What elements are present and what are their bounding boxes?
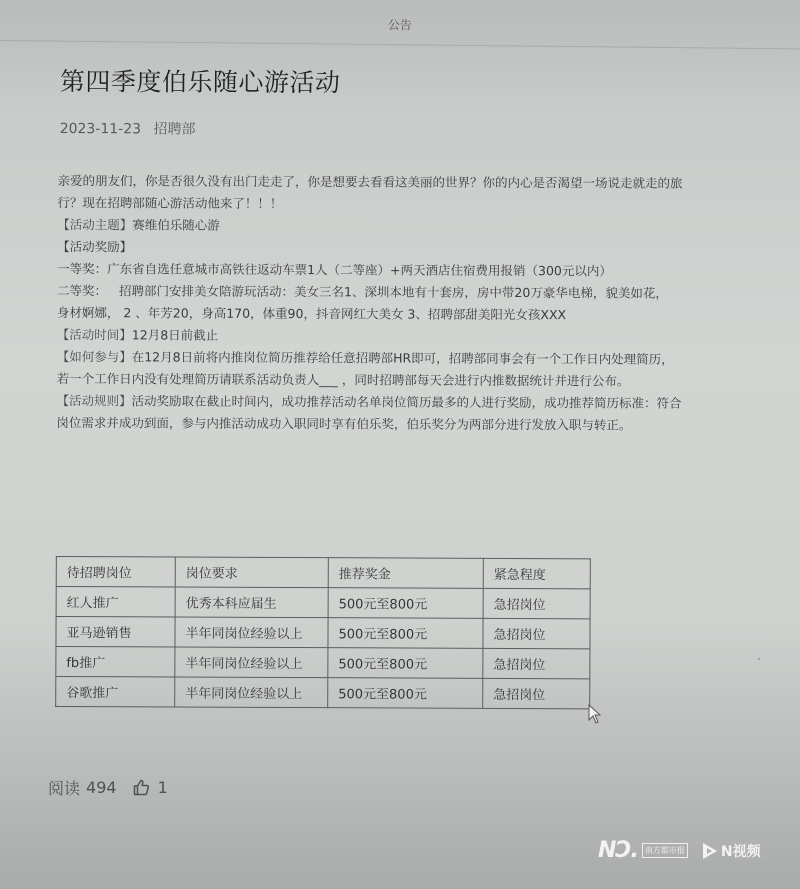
table-header-row: 待招聘岗位 岗位要求 推荐奖金 紧急程度 xyxy=(56,556,590,588)
article-stats: 阅读 494 1 xyxy=(48,776,168,799)
article-date: 2023-11-23 xyxy=(60,121,141,137)
table-row: 红人推广 优秀本科应届生 500元至800元 急招岗位 xyxy=(56,586,590,618)
mouse-cursor-icon xyxy=(588,704,602,728)
likes-count: 1 xyxy=(158,778,168,797)
join-paragraph: 【如何参与】在12月8日前将内推岗位简历推荐给任意招聘部HR即可，招聘部同事会有… xyxy=(57,346,737,371)
table-cell: 急招岗位 xyxy=(483,648,590,678)
prize-2: 二等奖：招聘部门安排美女陪游玩活动：美女三名1、深圳本地有十套房，房中带20万豪… xyxy=(57,280,737,305)
prize-2-label: 二等奖： xyxy=(57,280,119,302)
top-bar: 公告 xyxy=(0,0,800,49)
nvideo-text: N视频 xyxy=(721,841,761,861)
article-meta: 2023-11-23 招聘部 xyxy=(60,118,750,141)
article-title: 第四季度伯乐随心游活动 xyxy=(60,62,750,101)
rules-line-2: 岗位需求并成功到面，参与内推活动成功入职同时享有伯乐奖，伯乐奖分为两部分进行发放… xyxy=(56,412,736,437)
screen-speck: ˺ xyxy=(757,658,760,669)
table-row: 谷歌推广 半年同岗位经验以上 500元至800元 急招岗位 xyxy=(56,676,590,708)
table-header: 紧急程度 xyxy=(483,558,590,588)
theme-text: 赛维伯乐随心游 xyxy=(132,217,220,232)
watermark: NƆ. 南方都市报 N视频 xyxy=(598,838,761,863)
join-line-1: 在12月8日前将内推岗位简历推荐给任意招聘部HR即可，招聘部同事会有一个工作日内… xyxy=(132,349,674,366)
nandu-logo: NƆ. xyxy=(598,838,638,863)
reads-label: 阅读 xyxy=(48,776,80,799)
nvideo-logo: N视频 xyxy=(702,841,761,861)
header-title: 公告 xyxy=(0,12,800,37)
prize-1: 一等奖：广东省自选任意城市高铁往返动车票1人（二等座）+两天酒店住宿费用报销（3… xyxy=(57,258,737,283)
table-cell: fb推广 xyxy=(56,646,175,677)
table-cell: 500元至800元 xyxy=(328,678,483,709)
time-text: 12月8日前截止 xyxy=(132,327,218,342)
table-row: 亚马逊销售 半年同岗位经验以上 500元至800元 急招岗位 xyxy=(56,616,590,648)
table-row: fb推广 半年同岗位经验以上 500元至800元 急招岗位 xyxy=(56,646,590,678)
table-header: 推荐奖金 xyxy=(328,558,483,589)
table-cell: 500元至800元 xyxy=(328,588,483,619)
table-cell: 半年同岗位经验以上 xyxy=(175,617,328,648)
prize-2-line-2: 身材婀娜， 2 、年芳20，身高170，体重90，抖音网红大美女 3、招聘部甜美… xyxy=(57,302,737,327)
table-header: 岗位要求 xyxy=(175,557,328,588)
table-cell: 优秀本科应届生 xyxy=(175,587,328,618)
time-paragraph: 【活动时间】12月8日前截止 xyxy=(57,324,737,349)
article: 第四季度伯乐随心游活动 2023-11-23 招聘部 亲爱的朋友们，你是否很久没… xyxy=(60,62,750,141)
table-cell: 亚马逊销售 xyxy=(56,616,175,647)
table-cell: 急招岗位 xyxy=(483,678,590,708)
reward-tag: 【活动奖励】 xyxy=(57,236,737,261)
table-cell: 500元至800元 xyxy=(328,648,483,679)
theme-paragraph: 【活动主题】赛维伯乐随心游 xyxy=(57,214,737,239)
nvideo-icon xyxy=(702,842,718,860)
table-cell: 红人推广 xyxy=(56,586,175,617)
table-cell: 半年同岗位经验以上 xyxy=(175,677,328,708)
time-tag: 【活动时间】 xyxy=(57,327,132,342)
reads-count: 494 xyxy=(86,778,117,797)
rules-tag: 【活动规则】 xyxy=(56,393,131,408)
theme-tag: 【活动主题】 xyxy=(57,217,132,232)
like-button[interactable]: 1 xyxy=(133,778,168,797)
intro-line-2: 行？现在招聘部随心游活动他来了！！！ xyxy=(57,192,737,217)
table-cell: 急招岗位 xyxy=(483,618,590,648)
join-tag: 【如何参与】 xyxy=(57,349,132,364)
table-header: 待招聘岗位 xyxy=(56,556,175,587)
thumbs-up-icon xyxy=(133,779,150,796)
positions-table: 待招聘岗位 岗位要求 推荐奖金 紧急程度 红人推广 优秀本科应届生 500元至8… xyxy=(55,556,591,709)
table-cell: 半年同岗位经验以上 xyxy=(175,647,328,678)
prize-2-line-1: 招聘部门安排美女陪游玩活动：美女三名1、深圳本地有十套房，房中带20万豪华电梯，… xyxy=(119,283,668,300)
table-cell: 急招岗位 xyxy=(483,588,590,618)
rules-paragraph: 【活动规则】活动奖励取在截止时间内，成功推荐活动名单岗位简历最多的人进行奖励，成… xyxy=(56,390,736,415)
rules-line-1: 活动奖励取在截止时间内，成功推荐活动名单岗位简历最多的人进行奖励，成功推荐简历标… xyxy=(132,393,682,410)
intro-line-1: 亲爱的朋友们，你是否很久没有出门走走了，你是想要去看看这美丽的世界？你的内心是否… xyxy=(57,170,737,195)
nandu-text: 南方都市报 xyxy=(642,843,688,858)
join-line-2: 若一个工作日内没有处理简历请联系活动负责人___ ，同时招聘部每天会进行内推数据… xyxy=(57,368,737,393)
article-author[interactable]: 招聘部 xyxy=(153,121,195,137)
table-cell: 谷歌推广 xyxy=(56,676,175,707)
article-body: 亲爱的朋友们，你是否很久没有出门走走了，你是想要去看看这美丽的世界？你的内心是否… xyxy=(56,170,737,437)
table-cell: 500元至800元 xyxy=(328,618,483,649)
